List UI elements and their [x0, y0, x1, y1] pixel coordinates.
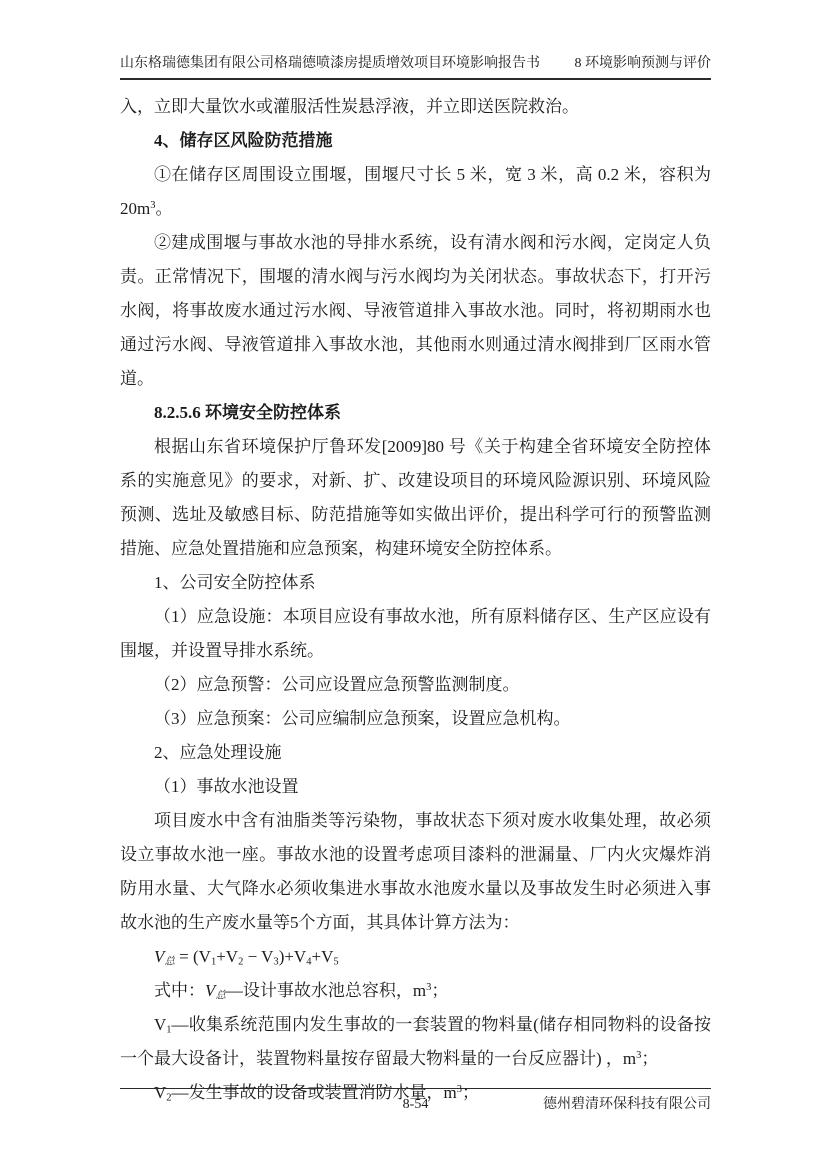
legend-variable: V总: [205, 981, 226, 1000]
para-v1-definition: V1—收集系统范围内发生事故的一套装置的物料量(储存相同物料的设备按一个最大设备…: [120, 1008, 711, 1076]
item-emergency-facility: （1）应急设施：本项目应设有事故水池，所有原料储存区、生产区应设有围堰，并设置导…: [120, 600, 711, 668]
item-emergency-warning: （2）应急预警：公司应设置应急预警监测制度。: [120, 668, 711, 702]
page-number: 8-54: [403, 1095, 429, 1115]
para-first-aid-continuation: 入，立即大量饮水或灌服活性炭悬浮液，并立即送医院救治。: [120, 90, 711, 124]
formula-line: V总 = (V1+V2 − V3)+V4+V5: [120, 940, 711, 974]
item-emergency-plan: （3）应急预案：公司应编制应急预案，设置应急机构。: [120, 702, 711, 736]
page-header: 山东格瑞德集团有限公司格瑞德喷漆房提质增效项目环境影响报告书 8 环境影响预测与…: [120, 54, 711, 80]
footer-company: 德州碧清环保科技有限公司: [543, 1095, 711, 1115]
legend-description: —设计事故水池总容积，m3；: [226, 981, 449, 1000]
header-doc-title: 山东格瑞德集团有限公司格瑞德喷漆房提质增效项目环境影响报告书: [120, 54, 540, 74]
formula-lhs-variable: V总: [154, 947, 175, 966]
para-dike-size: ①在储存区周围设立围堰，围堰尺寸长 5 米，宽 3 米，高 0.2 米，容积为 …: [120, 158, 711, 226]
formula-legend: 式中：V总—设计事故水池总容积，m3；: [120, 974, 711, 1008]
item-company-system: 1、公司安全防控体系: [120, 566, 711, 600]
legend-prefix: 式中：: [154, 981, 205, 1000]
item-pool-setup: （1）事故水池设置: [120, 770, 711, 804]
document-body: 入，立即大量饮水或灌服活性炭悬浮液，并立即送医院救治。 4、储存区风险防范措施 …: [120, 90, 711, 1110]
para-policy-basis: 根据山东省环境保护厅鲁环发[2009]80 号《关于构建全省环境安全防控体系的实…: [120, 430, 711, 566]
heading-env-safety-system: 8.2.5.6 环境安全防控体系: [120, 396, 711, 430]
page-footer: 8-54 德州碧清环保科技有限公司: [120, 1088, 711, 1115]
para-drainage-system: ②建成围堰与事故水池的导排水系统，设有清水阀和污水阀，定岗定人负责。正常情况下，…: [120, 226, 711, 396]
para-pool-design: 项目废水中含有油脂类等污染物，事故状态下须对废水收集处理，故必须设立事故水池一座…: [120, 804, 711, 940]
document-page: 山东格瑞德集团有限公司格瑞德喷漆房提质增效项目环境影响报告书 8 环境影响预测与…: [0, 0, 827, 1169]
header-chapter: 8 环境影响预测与评价: [575, 54, 712, 74]
heading-storage-risk: 4、储存区风险防范措施: [120, 124, 711, 158]
formula-rhs: = (V1+V2 − V3)+V4+V5: [175, 947, 339, 966]
footer-inner: 8-54 德州碧清环保科技有限公司: [120, 1095, 711, 1115]
item-treatment-facility: 2、应急处理设施: [120, 736, 711, 770]
